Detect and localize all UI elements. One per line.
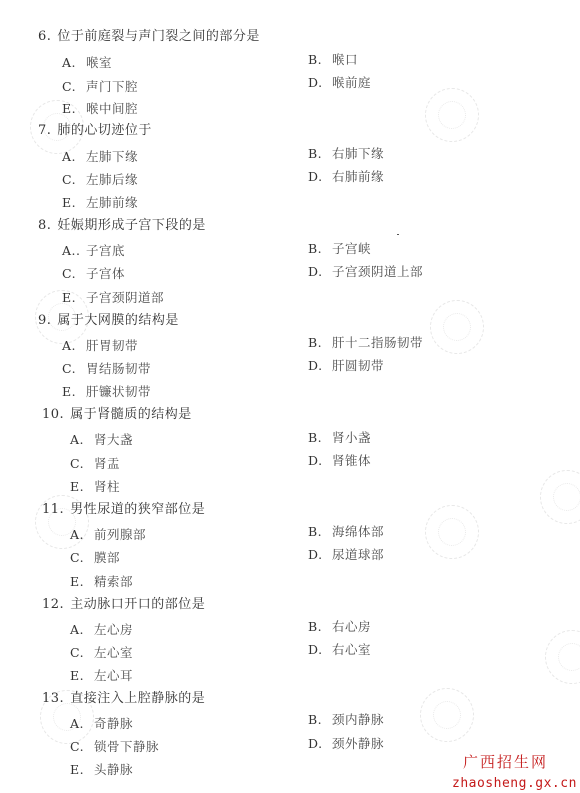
option-letter: A. [62,338,84,354]
option-letter: E. [70,479,92,495]
seal-watermark-icon [425,88,479,142]
option-c[interactable]: C.胃结肠韧带 [62,361,151,377]
option-b[interactable]: B.子宫峡 [308,241,371,257]
option-c[interactable]: C.锁骨下静脉 [70,739,159,755]
option-text: 前列腺部 [94,527,146,542]
option-text: 尿道球部 [332,547,384,562]
option-text: 子宫颈阴道部 [86,290,164,305]
option-a[interactable]: A.前列腺部 [70,527,146,543]
option-letter: C. [62,79,84,95]
question-number: 10. [42,407,64,422]
option-text: 胃结肠韧带 [86,361,151,376]
option-text: 声门下腔 [86,79,138,94]
option-letter: D. [308,453,330,469]
option-e[interactable]: E.左心耳 [70,668,133,684]
option-e[interactable]: E.喉中间腔 [62,101,138,117]
option-letter: E. [62,290,84,306]
option-letter: B. [308,146,330,162]
option-letter: C. [70,645,92,661]
option-text: 左心房 [94,622,133,637]
option-a[interactable]: A.奇静脉 [70,716,133,732]
option-text: 子宫颈阴道上部 [332,264,423,279]
option-text: 喉口 [332,52,358,67]
option-text: 子宫底 [86,243,125,258]
option-text: 喉前庭 [332,75,371,90]
option-c[interactable]: C.子宫体 [62,266,125,282]
question-number: 13. [42,691,64,706]
question-text: 男性尿道的狭窄部位是 [70,502,205,517]
site-watermark: 广西招生网 zhaosheng.gx.cn [455,753,580,793]
option-text: 肝胃韧带 [86,338,138,353]
question-text: 位于前庭裂与声门裂之间的部分是 [57,29,260,44]
option-text: 左心室 [94,645,133,660]
option-c[interactable]: C.左心室 [70,645,133,661]
option-a[interactable]: A.肝胃韧带 [62,338,138,354]
option-letter: B. [308,430,330,446]
option-letter: D. [308,75,330,91]
scan-artifact [397,234,399,235]
option-text: 颈内静脉 [332,712,384,727]
option-text: 锁骨下静脉 [94,739,159,754]
option-letter: E. [70,574,92,590]
option-text: 颈外静脉 [332,736,384,751]
option-b[interactable]: B.颈内静脉 [308,712,384,728]
option-letter: C. [62,172,84,188]
option-a[interactable]: A.喉室 [62,55,112,71]
option-e[interactable]: E.左肺前缘 [62,195,138,211]
seal-watermark-icon [425,505,479,559]
exam-page: 6.位于前庭裂与声门裂之间的部分是 A.喉室 B.喉口 C.声门下腔 D.喉前庭… [0,0,580,793]
option-d[interactable]: D.肾锥体 [308,453,371,469]
option-e[interactable]: E.肾柱 [70,479,120,495]
option-letter: C. [70,739,92,755]
option-b[interactable]: B.右心房 [308,619,371,635]
option-text: 肝镰状韧带 [86,384,151,399]
option-b[interactable]: B.肝十二指肠韧带 [308,335,423,351]
option-text: 肾柱 [94,479,120,494]
option-c[interactable]: C.声门下腔 [62,79,138,95]
seal-watermark-icon [420,688,474,742]
option-letter: D. [308,358,330,374]
option-text: 右肺下缘 [332,146,384,161]
option-b[interactable]: B.右肺下缘 [308,146,384,162]
option-letter: B. [308,619,330,635]
option-letter: E. [70,762,92,778]
option-d[interactable]: D.喉前庭 [308,75,371,91]
option-letter: A. [70,527,92,543]
question-stem: 13.直接注入上腔静脉的是 [42,691,205,707]
option-text: 喉中间腔 [86,101,138,116]
option-text: 喉室 [86,55,112,70]
question-number: 11. [42,502,64,517]
question-stem: 8.妊娠期形成子宫下段的是 [38,218,206,234]
option-d[interactable]: D.子宫颈阴道上部 [308,264,423,280]
option-e[interactable]: E.子宫颈阴道部 [62,290,164,306]
option-text: 右心房 [332,619,371,634]
option-c[interactable]: C.膜部 [70,550,120,566]
option-letter: C. [62,361,84,377]
option-letter: A. [70,716,92,732]
option-text: 肝十二指肠韧带 [332,335,423,350]
question-stem: 12.主动脉口开口的部位是 [42,597,205,613]
option-letter: C. [70,456,92,472]
option-a[interactable]: A.肾大盏 [70,432,133,448]
question-stem: 10.属于肾髓质的结构是 [42,407,192,423]
question-stem: 6.位于前庭裂与声门裂之间的部分是 [38,29,260,45]
option-letter: A. [70,622,92,638]
site-name: 广西招生网 [463,753,580,771]
question-number: 9. [38,313,51,328]
question-number: 7. [38,123,51,138]
question-text: 主动脉口开口的部位是 [70,597,205,612]
option-letter: A. [70,432,92,448]
option-letter: C. [62,266,84,282]
option-d[interactable]: D.右心室 [308,642,371,658]
option-letter: E. [62,195,84,211]
question-text: 妊娠期形成子宫下段的是 [57,218,206,233]
question-number: 12. [42,597,64,612]
option-e[interactable]: E.头静脉 [70,762,133,778]
option-text: 头静脉 [94,762,133,777]
option-text: 左肺前缘 [86,195,138,210]
option-text: 子宫峡 [332,241,371,256]
option-letter: A. [62,55,84,71]
option-text: 海绵体部 [332,524,384,539]
option-a[interactable]: A.左心房 [70,622,133,638]
option-c[interactable]: C.肾盂 [70,456,120,472]
question-stem: 9.属于大网膜的结构是 [38,313,179,329]
question-number: 8. [38,218,51,233]
option-text: 肾锥体 [332,453,371,468]
option-c[interactable]: C.左肺后缘 [62,172,138,188]
question-stem: 7.肺的心切迹位于 [38,123,152,139]
option-letter: E. [62,101,84,117]
option-d[interactable]: D.颈外静脉 [308,736,384,752]
option-letter: E. [70,668,92,684]
option-letter: D. [308,547,330,563]
option-letter: B. [308,52,330,68]
option-letter: D. [308,736,330,752]
seal-watermark-icon [545,630,580,684]
option-letter: B. [308,712,330,728]
option-text: 左心耳 [94,668,133,683]
option-text: 右心室 [332,642,371,657]
option-text: 肾大盏 [94,432,133,447]
option-d[interactable]: D.肝圆韧带 [308,358,384,374]
question-text: 属于肾髓质的结构是 [70,407,192,422]
option-a[interactable]: A..子宫底 [62,243,125,259]
option-text: 肾盂 [94,456,120,471]
option-e[interactable]: E.精索部 [70,574,133,590]
option-d[interactable]: D.尿道球部 [308,547,384,563]
option-letter: B. [308,241,330,257]
option-e[interactable]: E.肝镰状韧带 [62,384,151,400]
option-letter: A. [62,149,84,165]
seal-watermark-icon [430,300,484,354]
option-b[interactable]: B.喉口 [308,52,358,68]
question-text: 直接注入上腔静脉的是 [70,691,205,706]
question-text: 属于大网膜的结构是 [57,313,179,328]
option-letter: B. [308,524,330,540]
option-letter: D. [308,642,330,658]
option-letter: C. [70,550,92,566]
option-b[interactable]: B.海绵体部 [308,524,384,540]
option-text: 肝圆韧带 [332,358,384,373]
option-text: 肾小盏 [332,430,371,445]
question-stem: 11.男性尿道的狭窄部位是 [42,502,205,518]
option-text: 膜部 [94,550,120,565]
option-text: 子宫体 [86,266,125,281]
option-letter: D. [308,169,330,185]
option-d[interactable]: D.右肺前缘 [308,169,384,185]
site-url[interactable]: zhaosheng.gx.cn [452,775,580,793]
option-text: 左肺下缘 [86,149,138,164]
option-letter: B. [308,335,330,351]
option-b[interactable]: B.肾小盏 [308,430,371,446]
option-letter: D. [308,264,330,280]
seal-watermark-icon [540,470,580,524]
option-text: 精索部 [94,574,133,589]
option-letter: A.. [62,243,84,259]
option-text: 奇静脉 [94,716,133,731]
option-a[interactable]: A.左肺下缘 [62,149,138,165]
option-text: 右肺前缘 [332,169,384,184]
question-text: 肺的心切迹位于 [57,123,152,138]
option-text: 左肺后缘 [86,172,138,187]
option-letter: E. [62,384,84,400]
question-number: 6. [38,29,51,44]
